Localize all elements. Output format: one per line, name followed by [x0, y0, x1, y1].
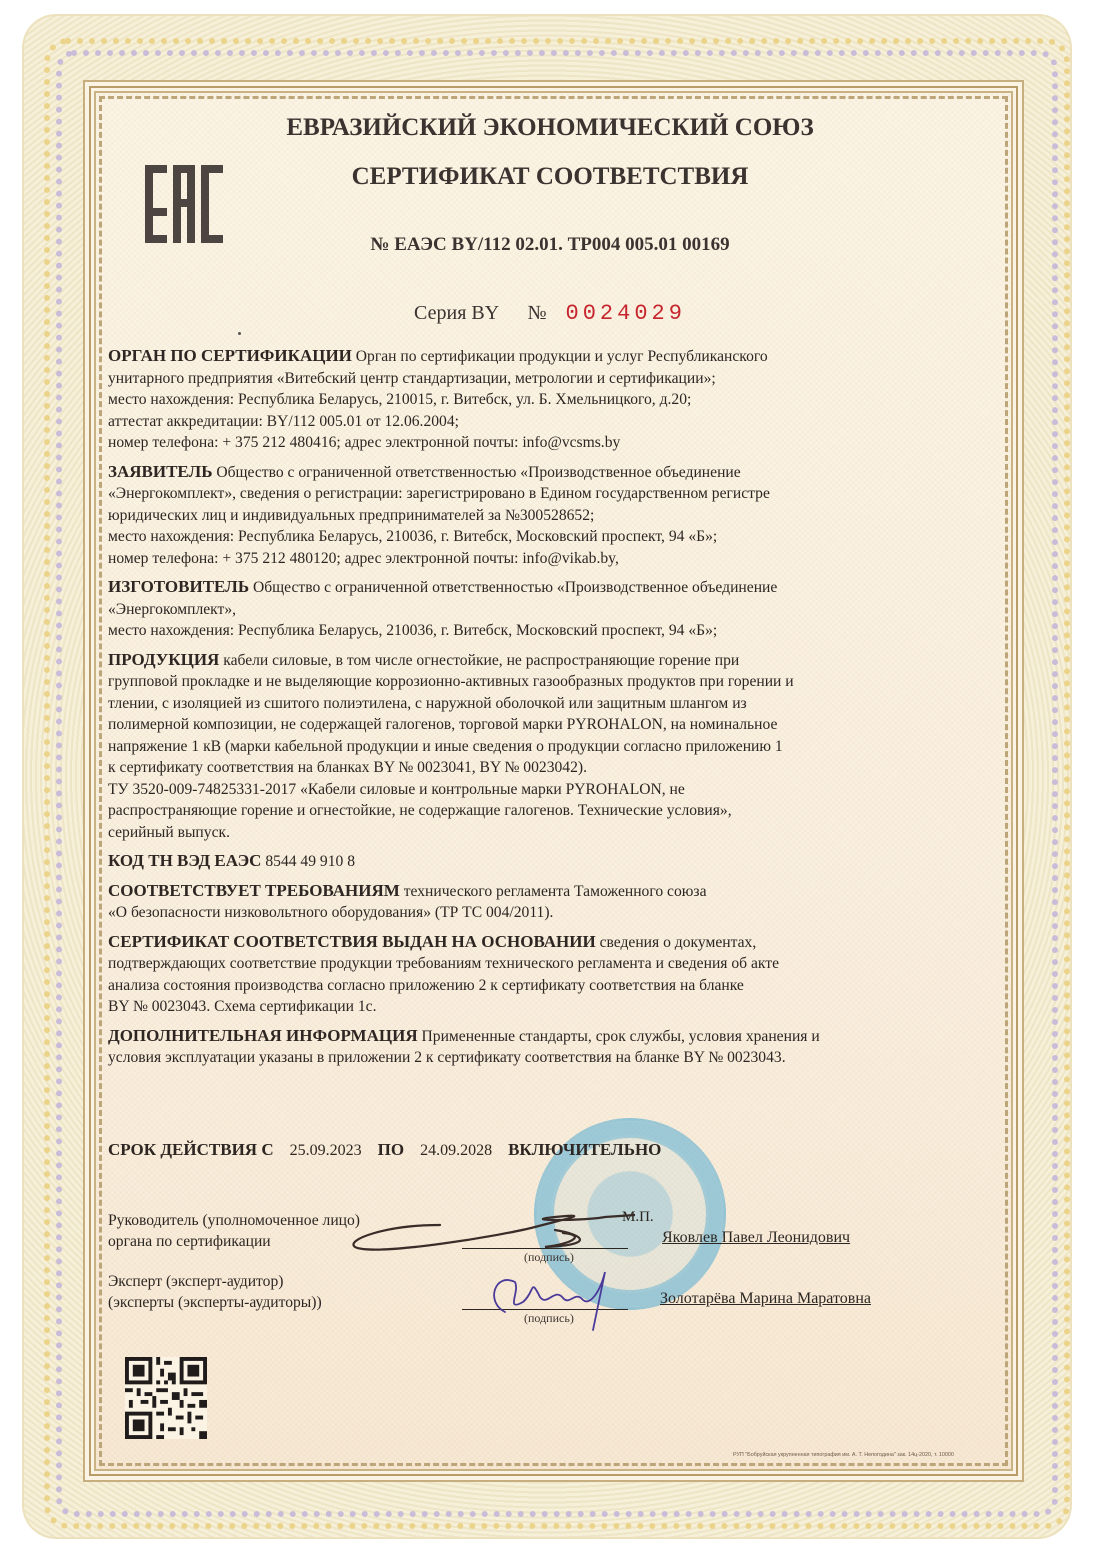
validity-from-label: СРОК ДЕЙСТВИЯ С: [108, 1140, 274, 1159]
head-name: Яковлев Павел Леонидович: [662, 1229, 850, 1247]
validity-to-label: ПО: [378, 1140, 404, 1159]
certificate-number: № ЕАЭС BY/112 02.01. ТР004 005.01 00169: [0, 234, 1100, 256]
ink-dot: [238, 332, 241, 335]
section-basis: СЕРТИФИКАТ СООТВЕТСТВИЯ ВЫДАН НА ОСНОВАН…: [108, 931, 985, 1018]
validity-date-to: 24.09.2028: [420, 1142, 492, 1159]
section-label: ПРОДУКЦИЯ: [108, 650, 219, 669]
section-hs-code: КОД ТН ВЭД ЕАЭС 8544 49 910 8: [108, 850, 985, 873]
validity-inclusive-label: ВКЛЮЧИТЕЛЬНО: [508, 1140, 661, 1159]
qr-code-icon: [125, 1357, 207, 1439]
head-handwritten-signature-icon: [345, 1205, 635, 1255]
section-label: СООТВЕТСТВУЕТ ТРЕБОВАНИЯМ: [108, 881, 400, 900]
expert-name: Золотарёва Марина Маратовна: [660, 1290, 871, 1308]
series-line: Серия BY № 0024029: [0, 301, 1100, 326]
section-label: КОД ТН ВЭД ЕАЭС: [108, 851, 261, 870]
expert-handwritten-signature-icon: [475, 1262, 625, 1332]
section-label: СЕРТИФИКАТ СООТВЕТСТВИЯ ВЫДАН НА ОСНОВАН…: [108, 932, 596, 951]
series-label: Серия BY: [414, 302, 498, 324]
section-manufacturer: ИЗГОТОВИТЕЛЬ Общество с ограниченной отв…: [108, 576, 985, 642]
section-label: ОРГАН ПО СЕРТИФИКАЦИИ: [108, 346, 352, 365]
number-sign: №: [527, 302, 546, 324]
certificate-body: ОРГАН ПО СЕРТИФИКАЦИИ Орган по сертифика…: [108, 345, 985, 1076]
expert-signature-role: Эксперт (эксперт-аудитор) (эксперты (экс…: [108, 1271, 322, 1313]
hs-code-value: 8544 49 910 8: [265, 853, 355, 870]
validity-period: СРОК ДЕЙСТВИЯ С 25.09.2023 ПО 24.09.2028…: [108, 1140, 661, 1160]
section-additional-info: ДОПОЛНИТЕЛЬНАЯ ИНФОРМАЦИЯ Примененные ст…: [108, 1025, 985, 1069]
section-label: ЗАЯВИТЕЛЬ: [108, 462, 212, 481]
section-label: ДОПОЛНИТЕЛЬНАЯ ИНФОРМАЦИЯ: [108, 1026, 418, 1045]
validity-date-from: 25.09.2023: [290, 1142, 362, 1159]
section-product: ПРОДУКЦИЯ кабели силовые, в том числе ог…: [108, 649, 985, 844]
printer-imprint: РУП "Бобруйская укрупненная типография и…: [733, 1452, 954, 1458]
section-applicant: ЗАЯВИТЕЛЬ Общество с ограниченной ответс…: [108, 461, 985, 570]
union-title: ЕВРАЗИЙСКИЙ ЭКОНОМИЧЕСКИЙ СОЮЗ: [0, 114, 1100, 142]
certificate-title: СЕРТИФИКАТ СООТВЕТСТВИЯ: [0, 163, 1100, 191]
head-signature-role: Руководитель (уполномоченное лицо) орган…: [108, 1210, 360, 1252]
section-label: ИЗГОТОВИТЕЛЬ: [108, 577, 249, 596]
serial-number: 0024029: [566, 301, 686, 326]
section-certification-body: ОРГАН ПО СЕРТИФИКАЦИИ Орган по сертифика…: [108, 345, 985, 454]
section-conforms: СООТВЕТСТВУЕТ ТРЕБОВАНИЯМ технического р…: [108, 880, 985, 924]
